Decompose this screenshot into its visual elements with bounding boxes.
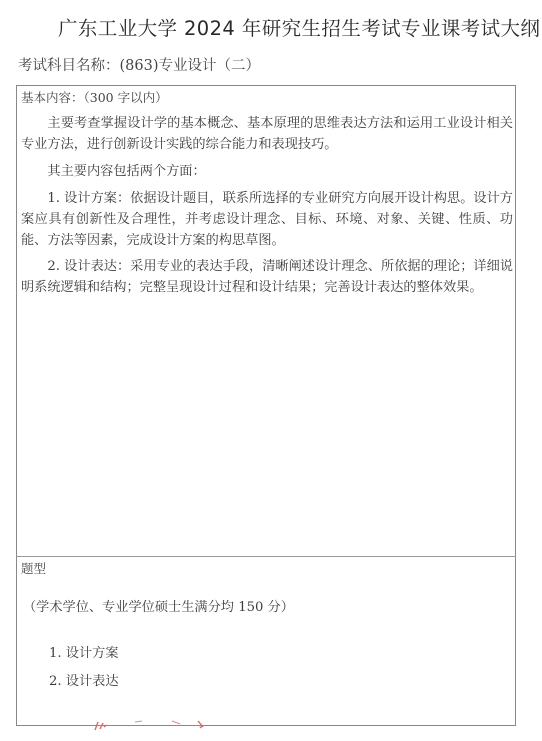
document-title: 广东工业大学 2024 年研究生招生考试专业课考试大纲 bbox=[58, 13, 538, 41]
red-seal-stamp-fragment bbox=[90, 718, 210, 732]
basic-content-paragraph-2: 其主要内容包括两个方面： bbox=[21, 161, 513, 182]
basic-content-paragraph-1: 主要考查掌握设计学的基本概念、基本原理的思维表达方法和运用工业设计相关专业方法，… bbox=[21, 113, 513, 155]
basic-content-label: 基本内容：（300 字以内） bbox=[21, 88, 168, 106]
question-type-item: 2. 设计表达 bbox=[49, 670, 119, 689]
question-type-item: 1. 设计方案 bbox=[49, 642, 119, 661]
score-note: （学术学位、专业学位硕士生满分均 150 分） bbox=[23, 596, 294, 615]
exam-subject: 考试科目名称：(863)专业设计（二） bbox=[18, 54, 260, 75]
basic-content-item-design-plan: 1. 设计方案：依据设计题目，联系所选择的专业研究方向展开设计构思。设计方案应具… bbox=[21, 188, 513, 251]
section-divider bbox=[16, 556, 516, 557]
question-types-label: 题型 bbox=[21, 559, 46, 577]
basic-content-item-design-expression: 2. 设计表达：采用专业的表达手段，清晰阐述设计理念、所依据的理论；详细说明系统… bbox=[21, 256, 513, 298]
